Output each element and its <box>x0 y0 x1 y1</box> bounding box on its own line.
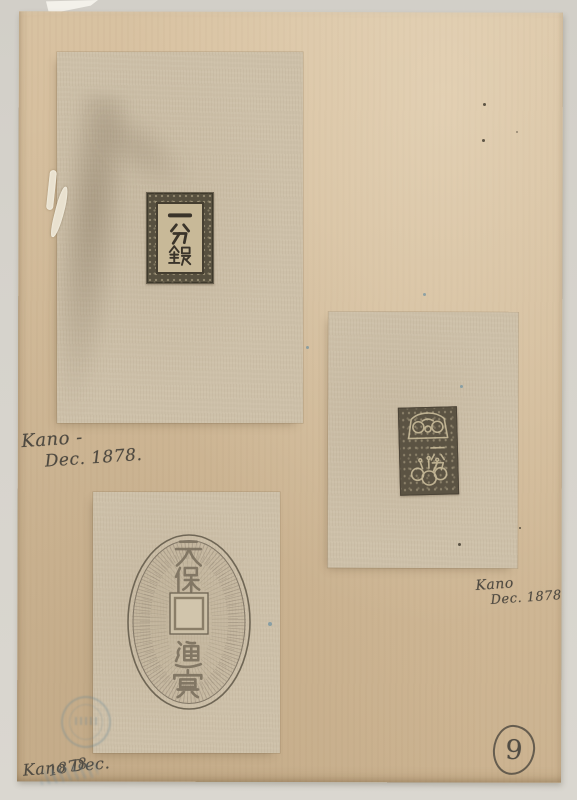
annotation-right: Kano Dec. 1878 <box>475 572 562 609</box>
kanji-gin-glyph <box>166 245 194 268</box>
dust-speck <box>516 131 518 133</box>
dust-speck <box>458 543 461 546</box>
dust-speck <box>519 527 521 529</box>
blue-speck <box>306 346 309 349</box>
oval-coin-graphic <box>125 531 253 713</box>
blue-speck <box>423 293 426 296</box>
annotation-left: Kano - Dec. 1878. <box>21 423 143 473</box>
page-number: 9 <box>504 734 523 766</box>
kanji-ichi-glyph <box>166 208 194 223</box>
kanji-bu-glyph <box>166 223 194 245</box>
blue-ink-stamp <box>61 696 111 748</box>
coin-print-ichibugin <box>146 192 214 284</box>
coin-motifs <box>399 407 458 494</box>
scanned-album-page: Kano - Dec. 1878. Kano Dec. 1878 Kano De… <box>0 0 577 800</box>
coin-inner-panel <box>156 202 204 274</box>
dust-speck <box>482 139 485 142</box>
blue-speck <box>460 385 463 388</box>
coin-print-tenpo-tsuho <box>125 531 253 713</box>
blue-speck <box>268 622 272 626</box>
coin-print-ichibukin <box>398 406 459 496</box>
dust-speck <box>483 103 486 106</box>
annotation-left-name: Kano - <box>21 427 84 452</box>
